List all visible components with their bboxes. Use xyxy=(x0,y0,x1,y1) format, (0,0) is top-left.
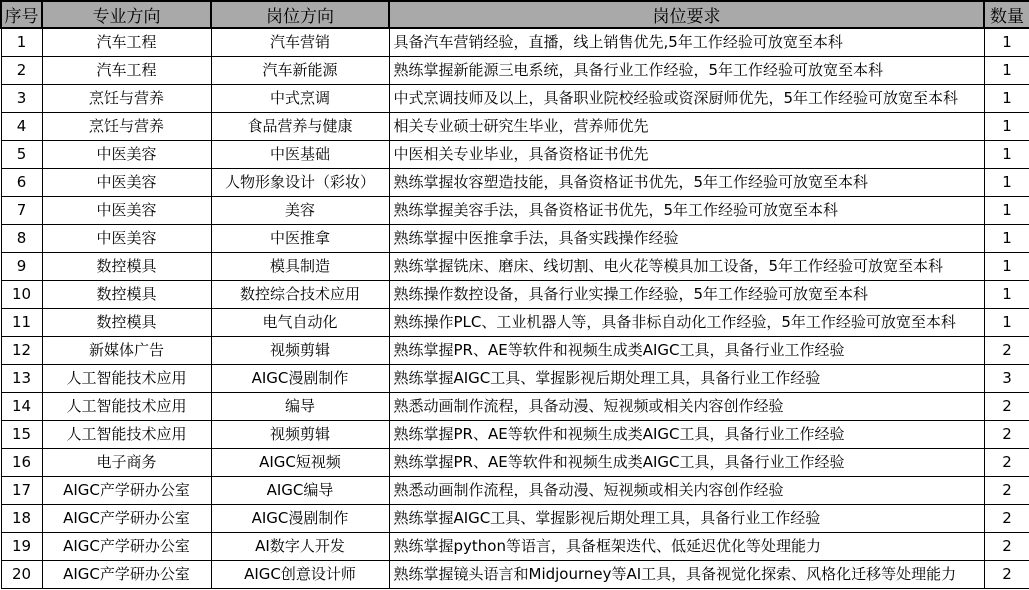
cell-requirements: 熟练掌握python等语言，具备框架迭代、低延迟优化等处理能力 xyxy=(389,533,984,561)
cell-count: 2 xyxy=(984,421,1029,449)
cell-requirements: 熟悉动画制作流程，具备动漫、短视频或相关内容创作经验 xyxy=(389,393,984,421)
cell-row-number: 19 xyxy=(1,533,42,561)
cell-row-number: 4 xyxy=(1,113,42,141)
cell-major: AIGC产学研办公室 xyxy=(42,533,211,561)
cell-position: 视频剪辑 xyxy=(211,337,389,365)
cell-major: 数控模具 xyxy=(42,309,211,337)
cell-row-number: 9 xyxy=(1,253,42,281)
cell-row-number: 2 xyxy=(1,57,42,85)
table-row: 10数控模具数控综合技术应用熟练操作数控设备，具备行业实操工作经验，5年工作经验… xyxy=(1,281,1029,309)
cell-row-number: 18 xyxy=(1,505,42,533)
cell-requirements: 熟练掌握中医推拿手法，具备实践操作经验 xyxy=(389,225,984,253)
cell-count: 1 xyxy=(984,225,1029,253)
cell-count: 1 xyxy=(984,28,1029,57)
cell-row-number: 17 xyxy=(1,477,42,505)
cell-row-number: 6 xyxy=(1,169,42,197)
table-row: 11数控模具电气自动化熟练操作PLC、工业机器人等，具备非标自动化工作经验，5年… xyxy=(1,309,1029,337)
cell-major: 中医美容 xyxy=(42,169,211,197)
cell-requirements: 熟练掌握PR、AE等软件和视频生成类AIGC工具，具备行业工作经验 xyxy=(389,421,984,449)
table-row: 19AIGC产学研办公室AI数字人开发熟练掌握python等语言，具备框架迭代、… xyxy=(1,533,1029,561)
header-cell-position: 岗位方向 xyxy=(211,1,389,28)
cell-requirements: 熟练掌握妆容塑造技能，具备资格证书优先，5年工作经验可放宽至本科 xyxy=(389,169,984,197)
cell-major: 电子商务 xyxy=(42,449,211,477)
cell-position: AIGC漫剧制作 xyxy=(211,505,389,533)
job-positions-table: 序号 专业方向 岗位方向 岗位要求 数量 1汽车工程汽车营销具备汽车营销经验，直… xyxy=(0,0,1029,589)
table-row: 14人工智能技术应用编导熟悉动画制作流程，具备动漫、短视频或相关内容创作经验2 xyxy=(1,393,1029,421)
header-cell-major: 专业方向 xyxy=(42,1,211,28)
table-row: 2汽车工程汽车新能源熟练掌握新能源三电系统，具备行业工作经验，5年工作经验可放宽… xyxy=(1,57,1029,85)
header-cell-count: 数量 xyxy=(984,1,1029,28)
cell-major: 人工智能技术应用 xyxy=(42,393,211,421)
cell-row-number: 13 xyxy=(1,365,42,393)
cell-count: 1 xyxy=(984,309,1029,337)
cell-major: 汽车工程 xyxy=(42,28,211,57)
cell-requirements: 熟练掌握PR、AE等软件和视频生成类AIGC工具，具备行业工作经验 xyxy=(389,449,984,477)
cell-position: 汽车新能源 xyxy=(211,57,389,85)
cell-position: AI数字人开发 xyxy=(211,533,389,561)
table-row: 5中医美容中医基础中医相关专业毕业，具备资格证书优先1 xyxy=(1,141,1029,169)
cell-count: 2 xyxy=(984,337,1029,365)
cell-row-number: 7 xyxy=(1,197,42,225)
header-row: 序号 专业方向 岗位方向 岗位要求 数量 xyxy=(1,1,1029,28)
cell-row-number: 12 xyxy=(1,337,42,365)
cell-count: 1 xyxy=(984,57,1029,85)
cell-requirements: 熟练掌握美容手法，具备资格证书优先，5年工作经验可放宽至本科 xyxy=(389,197,984,225)
cell-major: 人工智能技术应用 xyxy=(42,421,211,449)
header-cell-requirements: 岗位要求 xyxy=(389,1,984,28)
cell-position: 中医推拿 xyxy=(211,225,389,253)
cell-position: AIGC短视频 xyxy=(211,449,389,477)
cell-row-number: 1 xyxy=(1,28,42,57)
cell-requirements: 熟练掌握PR、AE等软件和视频生成类AIGC工具，具备行业工作经验 xyxy=(389,337,984,365)
cell-count: 2 xyxy=(984,449,1029,477)
cell-major: AIGC产学研办公室 xyxy=(42,561,211,589)
cell-count: 2 xyxy=(984,505,1029,533)
cell-count: 2 xyxy=(984,561,1029,589)
cell-row-number: 5 xyxy=(1,141,42,169)
cell-requirements: 具备汽车营销经验，直播，线上销售优先,5年工作经验可放宽至本科 xyxy=(389,28,984,57)
cell-requirements: 熟练掌握铣床、磨床、线切割、电火花等模具加工设备，5年工作经验可放宽至本科 xyxy=(389,253,984,281)
cell-major: 中医美容 xyxy=(42,141,211,169)
table-row: 12新媒体广告视频剪辑熟练掌握PR、AE等软件和视频生成类AIGC工具，具备行业… xyxy=(1,337,1029,365)
cell-count: 1 xyxy=(984,113,1029,141)
cell-position: 视频剪辑 xyxy=(211,421,389,449)
cell-position: AIGC创意设计师 xyxy=(211,561,389,589)
cell-requirements: 熟练操作数控设备，具备行业实操工作经验，5年工作经验可放宽至本科 xyxy=(389,281,984,309)
cell-position: 汽车营销 xyxy=(211,28,389,57)
cell-count: 1 xyxy=(984,85,1029,113)
cell-major: 数控模具 xyxy=(42,253,211,281)
cell-count: 2 xyxy=(984,533,1029,561)
cell-position: AIGC编导 xyxy=(211,477,389,505)
cell-requirements: 熟练掌握新能源三电系统，具备行业工作经验，5年工作经验可放宽至本科 xyxy=(389,57,984,85)
cell-requirements: 熟悉动画制作流程，具备动漫、短视频或相关内容创作经验 xyxy=(389,477,984,505)
table-row: 6中医美容人物形象设计（彩妆）熟练掌握妆容塑造技能，具备资格证书优先，5年工作经… xyxy=(1,169,1029,197)
cell-major: 人工智能技术应用 xyxy=(42,365,211,393)
cell-count: 1 xyxy=(984,253,1029,281)
table-row: 17AIGC产学研办公室AIGC编导熟悉动画制作流程，具备动漫、短视频或相关内容… xyxy=(1,477,1029,505)
cell-major: 烹饪与营养 xyxy=(42,85,211,113)
cell-major: AIGC产学研办公室 xyxy=(42,505,211,533)
cell-row-number: 11 xyxy=(1,309,42,337)
table-row: 8中医美容中医推拿熟练掌握中医推拿手法，具备实践操作经验1 xyxy=(1,225,1029,253)
table-row: 4烹饪与营养食品营养与健康相关专业硕士研究生毕业，营养师优先1 xyxy=(1,113,1029,141)
cell-count: 3 xyxy=(984,365,1029,393)
cell-row-number: 10 xyxy=(1,281,42,309)
table-row: 16电子商务AIGC短视频熟练掌握PR、AE等软件和视频生成类AIGC工具，具备… xyxy=(1,449,1029,477)
cell-major: 中医美容 xyxy=(42,225,211,253)
cell-major: 中医美容 xyxy=(42,197,211,225)
cell-major: 汽车工程 xyxy=(42,57,211,85)
cell-position: 食品营养与健康 xyxy=(211,113,389,141)
table-row: 13人工智能技术应用AIGC漫剧制作熟练掌握AIGC工具、掌握影视后期处理工具，… xyxy=(1,365,1029,393)
cell-position: 美容 xyxy=(211,197,389,225)
cell-row-number: 16 xyxy=(1,449,42,477)
cell-requirements: 熟练掌握AIGC工具、掌握影视后期处理工具，具备行业工作经验 xyxy=(389,365,984,393)
cell-row-number: 20 xyxy=(1,561,42,589)
cell-position: AIGC漫剧制作 xyxy=(211,365,389,393)
cell-count: 1 xyxy=(984,169,1029,197)
table-row: 3烹饪与营养中式烹调中式烹调技师及以上，具备职业院校经验或资深厨师优先，5年工作… xyxy=(1,85,1029,113)
cell-major: 烹饪与营养 xyxy=(42,113,211,141)
table-body: 1汽车工程汽车营销具备汽车营销经验，直播，线上销售优先,5年工作经验可放宽至本科… xyxy=(1,28,1029,589)
table-row: 7中医美容美容熟练掌握美容手法，具备资格证书优先，5年工作经验可放宽至本科1 xyxy=(1,197,1029,225)
cell-requirements: 熟练掌握镜头语言和Midjourney等AI工具，具备视觉化探索、风格化迁移等处… xyxy=(389,561,984,589)
cell-count: 1 xyxy=(984,281,1029,309)
cell-requirements: 中医相关专业毕业，具备资格证书优先 xyxy=(389,141,984,169)
cell-position: 编导 xyxy=(211,393,389,421)
cell-requirements: 相关专业硕士研究生毕业，营养师优先 xyxy=(389,113,984,141)
cell-position: 电气自动化 xyxy=(211,309,389,337)
table-row: 20AIGC产学研办公室AIGC创意设计师熟练掌握镜头语言和Midjourney… xyxy=(1,561,1029,589)
cell-count: 1 xyxy=(984,197,1029,225)
cell-requirements: 熟练操作PLC、工业机器人等，具备非标自动化工作经验，5年工作经验可放宽至本科 xyxy=(389,309,984,337)
cell-position: 模具制造 xyxy=(211,253,389,281)
cell-count: 2 xyxy=(984,477,1029,505)
cell-count: 2 xyxy=(984,393,1029,421)
cell-major: 新媒体广告 xyxy=(42,337,211,365)
cell-position: 数控综合技术应用 xyxy=(211,281,389,309)
cell-requirements: 熟练掌握AIGC工具、掌握影视后期处理工具，具备行业工作经验 xyxy=(389,505,984,533)
table-row: 15人工智能技术应用视频剪辑熟练掌握PR、AE等软件和视频生成类AIGC工具，具… xyxy=(1,421,1029,449)
cell-row-number: 15 xyxy=(1,421,42,449)
cell-major: 数控模具 xyxy=(42,281,211,309)
cell-row-number: 8 xyxy=(1,225,42,253)
table-row: 18AIGC产学研办公室AIGC漫剧制作熟练掌握AIGC工具、掌握影视后期处理工… xyxy=(1,505,1029,533)
table-row: 9数控模具模具制造熟练掌握铣床、磨床、线切割、电火花等模具加工设备，5年工作经验… xyxy=(1,253,1029,281)
cell-major: AIGC产学研办公室 xyxy=(42,477,211,505)
cell-count: 1 xyxy=(984,141,1029,169)
header-cell-no: 序号 xyxy=(1,1,42,28)
cell-row-number: 14 xyxy=(1,393,42,421)
cell-position: 人物形象设计（彩妆） xyxy=(211,169,389,197)
table-row: 1汽车工程汽车营销具备汽车营销经验，直播，线上销售优先,5年工作经验可放宽至本科… xyxy=(1,28,1029,57)
cell-position: 中式烹调 xyxy=(211,85,389,113)
cell-requirements: 中式烹调技师及以上，具备职业院校经验或资深厨师优先，5年工作经验可放宽至本科 xyxy=(389,85,984,113)
cell-row-number: 3 xyxy=(1,85,42,113)
cell-position: 中医基础 xyxy=(211,141,389,169)
